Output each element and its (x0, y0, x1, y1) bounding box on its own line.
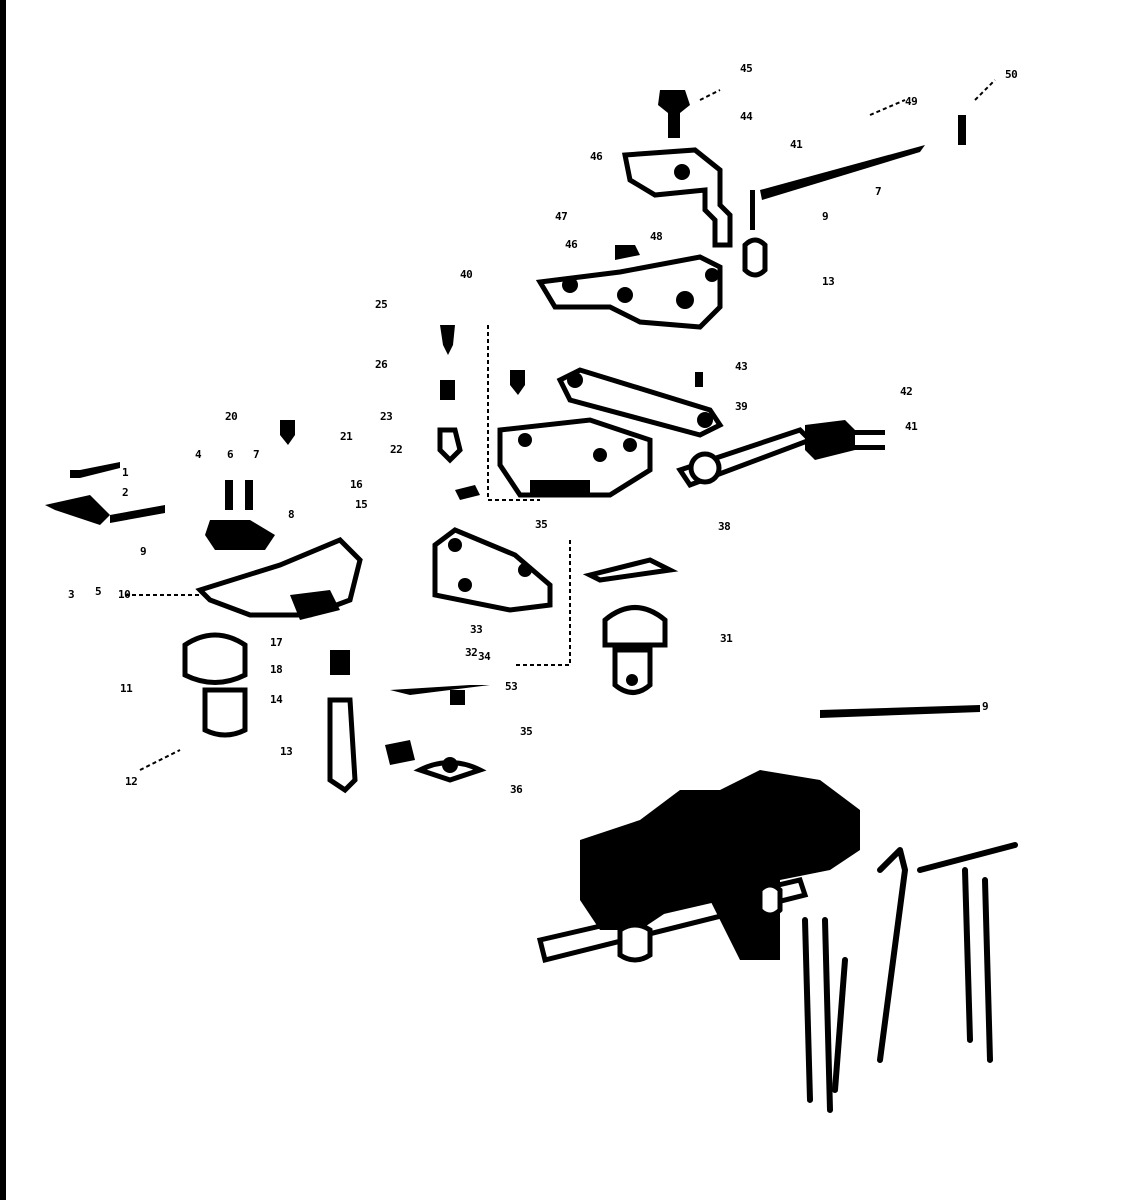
part-label: 22 (390, 443, 402, 456)
part-label: 14 (270, 693, 282, 706)
part-label: 10 (118, 588, 130, 601)
lower-parts (385, 685, 490, 780)
part-label: 13 (280, 745, 292, 758)
feed-block (500, 420, 650, 495)
part-label: 36 (510, 783, 522, 796)
part-label: 53 (505, 680, 517, 693)
parts-drawing (0, 0, 1122, 1200)
upper-plate (540, 245, 720, 327)
part-label: 35 (535, 518, 547, 531)
part-label: 16 (350, 478, 362, 491)
triangle-plate (435, 530, 550, 610)
part-label: 47 (555, 210, 567, 223)
part-label: 15 (355, 498, 367, 511)
part-label: 3 (68, 588, 74, 601)
part-label: 31 (720, 632, 732, 645)
part-label: 40 (460, 268, 472, 281)
part-label: 26 (375, 358, 387, 371)
part-label: 34 (478, 650, 490, 663)
part-label: 46 (565, 238, 577, 251)
part-label: 9 (822, 210, 828, 223)
top-lever (625, 80, 995, 275)
bobbin-housing (590, 560, 670, 693)
part-label: 7 (253, 448, 259, 461)
part-label: 7 (875, 185, 881, 198)
part-label: 1 (122, 466, 128, 479)
part-label: 9 (982, 700, 988, 713)
part-label: 23 (380, 410, 392, 423)
left-assembly (45, 462, 360, 790)
part-label: 50 (1005, 68, 1017, 81)
part-label: 21 (340, 430, 352, 443)
assembled-view (540, 705, 1015, 1110)
part-label: 9 (140, 545, 146, 558)
part-label: 41 (905, 420, 917, 433)
part-label: 44 (740, 110, 752, 123)
part-label: 12 (125, 775, 137, 788)
part-label: 13 (822, 275, 834, 288)
part-label: 2 (122, 486, 128, 499)
part-label: 48 (650, 230, 662, 243)
part-label: 33 (470, 623, 482, 636)
part-label: 25 (375, 298, 387, 311)
part-label: 11 (120, 682, 132, 695)
part-label: 5 (95, 585, 101, 598)
part-label: 35 (520, 725, 532, 738)
part-label: 41 (790, 138, 802, 151)
part-label: 8 (288, 508, 294, 521)
part-label: 43 (735, 360, 747, 373)
part-label: 49 (905, 95, 917, 108)
part-label: 17 (270, 636, 282, 649)
part-label: 4 (195, 448, 201, 461)
part-label: 6 (227, 448, 233, 461)
part-label: 18 (270, 663, 282, 676)
part-label: 39 (735, 400, 747, 413)
part-label: 46 (590, 150, 602, 163)
part-label: 20 (225, 410, 237, 423)
part-label: 32 (465, 646, 477, 659)
part-label: 42 (900, 385, 912, 398)
part-label: 38 (718, 520, 730, 533)
part-label: 45 (740, 62, 752, 75)
